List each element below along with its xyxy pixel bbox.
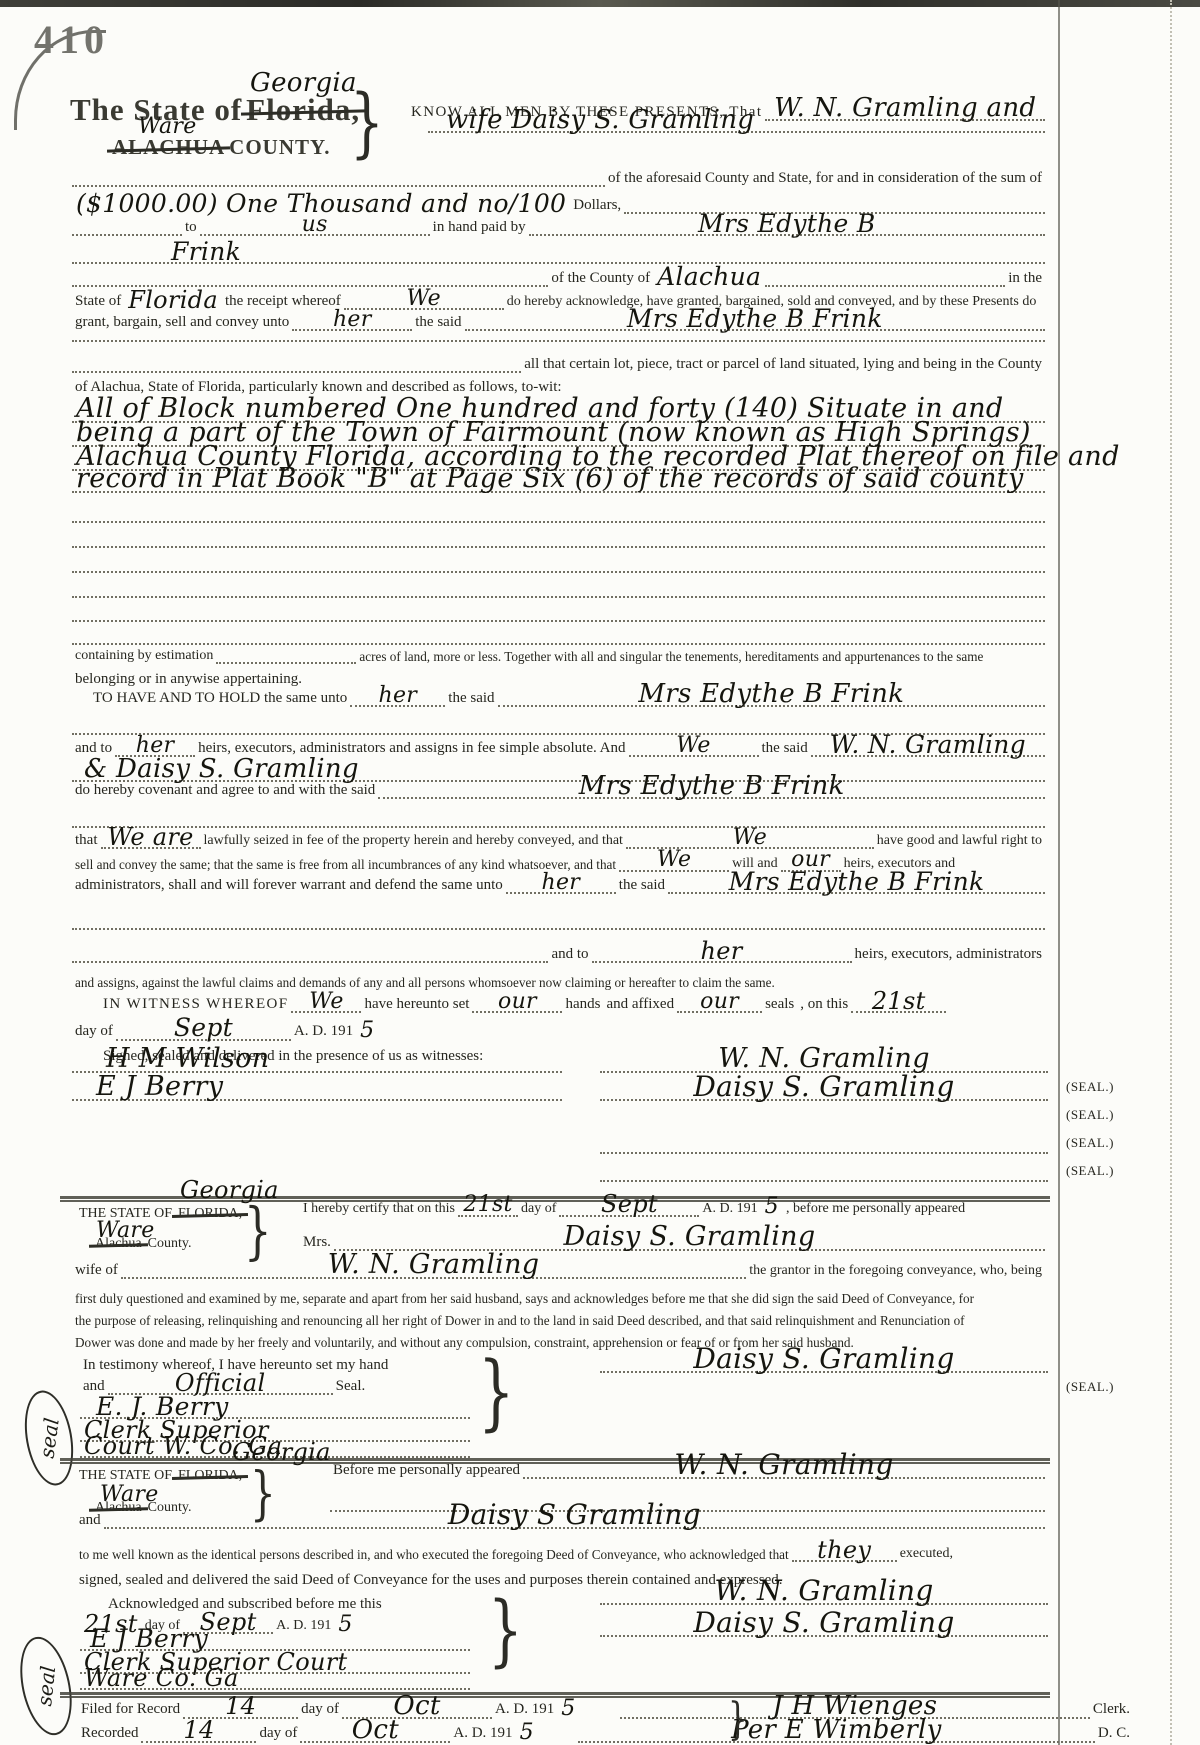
seal-label: (SEAL.) <box>1064 1080 1116 1095</box>
dotted-rule <box>72 233 182 236</box>
dotted-rule <box>765 284 1005 287</box>
seal-label-row: (SEAL.) <box>1064 1136 1116 1151</box>
all-that-text: all that certain lot, piece, tract or pa… <box>521 356 1045 373</box>
dsg-signature: Daisy S. Gramling <box>689 1347 958 1371</box>
to-text: to <box>182 219 200 236</box>
and-text: and <box>76 1512 104 1529</box>
grantor-name-handwritten: W. N. Gramling and <box>770 97 1040 119</box>
in-the-text: in the <box>1005 270 1045 287</box>
header-brace: } <box>350 84 384 160</box>
seal-label: (SEAL.) <box>1064 1380 1116 1395</box>
the-said-text: the said <box>616 877 668 894</box>
dotted-rule <box>216 661 356 664</box>
grantor-signature-row: Daisy S. Gramling <box>600 1098 1048 1101</box>
seal-label-row: (SEAL.) <box>1064 1164 1116 1179</box>
day-of-text: day of <box>518 1201 559 1217</box>
seal-label-row: (SEAL.) <box>1064 1080 1116 1095</box>
her-handwritten: her <box>697 941 747 961</box>
we-handwritten: We <box>653 851 695 870</box>
we-handwritten: We <box>729 829 771 848</box>
aforesaid-line: of the aforesaid County and State, for a… <box>72 170 1045 187</box>
alachua-handwritten: Alachua <box>653 266 765 287</box>
the-said-text: the said <box>759 740 811 757</box>
dotted-rule: Daisy S Gramling <box>104 1526 1045 1529</box>
seized-text: lawfully seized in fee of the property h… <box>201 833 626 849</box>
blank-ruled-line <box>72 340 1045 342</box>
witness-signature-row: E J Berry <box>72 1098 562 1101</box>
assigns-text: and assigns, against the lawful claims a… <box>72 975 778 990</box>
blank-ruled-line <box>72 826 1045 828</box>
belonging-line: belonging or in anywise appertaining. <box>72 671 305 688</box>
well-known-text: to me well known as the identical person… <box>76 1547 792 1562</box>
florida-struck-title: Florida, <box>244 92 362 128</box>
day-14-handwritten: 14 <box>179 1720 218 1740</box>
dotted-rule: her <box>592 960 852 963</box>
belonging-text: belonging or in anywise appertaining. <box>72 671 305 688</box>
the-said-text: the said <box>445 690 497 707</box>
her-handwritten: her <box>329 311 376 330</box>
to-have-line: TO HAVE AND TO HOLD the same unto her th… <box>90 690 1045 707</box>
dotted-rule: Sept <box>116 1038 291 1041</box>
and-to-heirs-line: and to her heirs, executors, administrat… <box>72 946 1045 963</box>
of-county-text: of the County of <box>548 270 653 287</box>
clerk-label: Clerk. <box>1090 1701 1133 1718</box>
seal-word-handwritten: seal <box>34 1416 63 1459</box>
seized-line: that We are lawfully seized in fee of th… <box>72 832 1045 849</box>
certify-text: I hereby certify that on this <box>300 1201 458 1217</box>
our-handwritten: our <box>696 993 743 1012</box>
dotted-rule: 14 <box>141 1740 256 1743</box>
notary-seal-stamp: seal <box>18 1387 80 1490</box>
county-text: County. <box>145 1236 195 1252</box>
grant-convey-line: grant, bargain, sell and convey unto her… <box>72 314 1045 331</box>
dotted-rule: us <box>200 233 430 236</box>
empty-signature-row <box>600 1179 1048 1182</box>
seal-label: (SEAL.) <box>1064 1108 1116 1123</box>
dotted-rule: W. N. Gramling and <box>765 118 1045 121</box>
and-daisy-line: and Daisy S Gramling <box>76 1512 1045 1529</box>
dotted-rule: they <box>792 1559 897 1562</box>
her-handwritten: her <box>374 687 421 706</box>
dower-brace: } <box>244 1200 272 1262</box>
dotted-rule: Mrs Edythe B <box>529 233 1045 236</box>
dotted-rule: We <box>629 754 759 757</box>
clerk-signature: E J Berry <box>86 1628 212 1649</box>
heirs-text: heirs, executors, administrators <box>852 946 1045 963</box>
dotted-rule: Mrs Edythe B Frink <box>465 328 1046 331</box>
dotted-rule: Daisy S. Gramling <box>600 1634 1048 1637</box>
clerk-recording-signature: J H Wienges <box>768 1695 941 1717</box>
blank-ruled-line <box>72 571 1045 573</box>
daisy-amp-handwritten: & Daisy S. Gramling <box>80 758 363 780</box>
dotted-rule: her <box>292 328 412 331</box>
blank-ruled-line <box>72 546 1045 548</box>
blank-ruled-line <box>72 643 1045 645</box>
to-have-text: TO HAVE AND TO HOLD the same unto <box>90 690 350 707</box>
ack-signature-row: Daisy S. Gramling <box>600 1634 1048 1637</box>
dotted-rule: We <box>291 1010 361 1013</box>
wng-signature: W. N. Gramling <box>710 1579 937 1603</box>
dotted-rule: our <box>472 1010 562 1013</box>
uses-purposes-text: signed, sealed and delivered the said De… <box>76 1572 786 1589</box>
wife-of-text: wife of <box>72 1262 121 1279</box>
hands-text: hands <box>562 996 603 1013</box>
state-of-text: State of <box>72 293 124 310</box>
county-correction-handwritten: Ware <box>134 118 201 137</box>
aforesaid-text: of the aforesaid County and State, for a… <box>605 170 1045 187</box>
receipt-line: State of Florida the receipt whereof We … <box>72 290 1045 310</box>
covenant-line: do hereby covenant and agree to and with… <box>72 782 1045 799</box>
our-handwritten: our <box>494 993 541 1012</box>
dotted-rule: her <box>506 891 616 894</box>
year-5-handwritten: 5 <box>557 1700 579 1719</box>
sept-handwritten: Sept <box>597 1194 662 1214</box>
wng-handwritten: W. N. Gramling <box>324 1254 544 1277</box>
containing-line: containing by estimation acres of land, … <box>72 648 1045 664</box>
dotted-rule: Mrs Edythe B Frink <box>668 891 1045 894</box>
oct-handwritten: Oct <box>348 1719 403 1741</box>
subscribed-brace: } <box>488 1592 523 1670</box>
they-handwritten: they <box>813 1540 875 1560</box>
dower-paragraph-2: the purpose of releasing, relinquishing … <box>72 1313 968 1328</box>
day-21-handwritten: 21st <box>868 991 930 1011</box>
on-this-text: , on this <box>797 996 851 1013</box>
that-text: that <box>72 832 101 849</box>
state-correction-handwritten: Georgia <box>246 72 361 94</box>
ware-handwritten: Ware <box>134 118 201 137</box>
sell-convey-text: sell and convey the same; that the same … <box>72 857 619 872</box>
recorded-text: Recorded <box>78 1725 141 1742</box>
blank-ruled-line <box>72 521 1045 523</box>
dsg-signature: Daisy S. Gramling <box>689 1075 958 1099</box>
alachua-struck-text: Alachua <box>92 1236 145 1252</box>
containing-text: containing by estimation <box>72 648 216 664</box>
dotted-rule: W. N. Gramling <box>600 1602 1048 1605</box>
blank-ruled-line <box>72 928 1045 930</box>
administrators-text: administrators, shall and will forever w… <box>72 877 506 894</box>
sept-handwritten: Sept <box>170 1017 237 1038</box>
dotted-rule: W. N. Gramling <box>811 754 1045 757</box>
ack-signature-row: W. N. Gramling <box>600 1602 1048 1605</box>
paid-by-line: to us in hand paid by Mrs Edythe B <box>72 219 1045 236</box>
county-title-line: ALACHUA COUNTY. <box>110 135 333 160</box>
and-affixed-text: and affixed <box>603 996 677 1013</box>
dotted-rule <box>72 184 605 187</box>
well-known-line: to me well known as the identical person… <box>76 1546 1045 1562</box>
dotted-rule: Daisy S. Gramling <box>600 1370 1048 1373</box>
year-5-handwritten: 5 <box>356 1022 378 1041</box>
amount-line: ($1000.00) One Thousand and no/100 Dolla… <box>72 193 1045 214</box>
description-line-4: record in Plat Book "B" at Page Six (6) … <box>72 468 1045 493</box>
grantee-handwritten: Mrs Edythe B Frink <box>634 683 908 705</box>
dotted-rule: 21st <box>851 1010 946 1013</box>
dower-para1-text: first duly questioned and examined by me… <box>72 1291 977 1306</box>
and-to-text: and to <box>548 946 591 963</box>
dotted-rule <box>72 960 548 963</box>
warrant-defend-line: administrators, shall and will forever w… <box>72 877 1045 894</box>
day-of-text: day of <box>256 1725 300 1742</box>
before-appeared-text: Before me personally appeared <box>330 1462 523 1479</box>
we-handwritten: We <box>672 737 714 756</box>
official-handwritten: Official <box>171 1373 270 1393</box>
dower-paragraph-1: first duly questioned and examined by me… <box>72 1291 977 1306</box>
grantor-wife-line: wife Daisy S. Gramling <box>428 130 1045 133</box>
in-witness-line: IN WITNESS WHEREOF We have hereunto set … <box>100 996 1045 1013</box>
before-appeared-line: Before me personally appeared W. N. Gram… <box>330 1462 1045 1479</box>
dower-para2-text: the purpose of releasing, relinquishing … <box>72 1313 968 1328</box>
blank-ruled-line <box>72 620 1045 622</box>
dotted-rule: 21st <box>458 1214 518 1217</box>
grantor-foregoing-text: the grantor in the foregoing conveyance,… <box>746 1263 1045 1279</box>
payee-surname-line: Frink <box>72 241 1045 264</box>
notary-brace: } <box>478 1352 515 1434</box>
deputy-recording-signature: Per E Wimberly <box>727 1719 946 1741</box>
georgia-handwritten: Georgia <box>228 1442 335 1462</box>
dotted-rule: Sept <box>559 1214 699 1217</box>
year-5-handwritten: 5 <box>516 1724 538 1743</box>
seal-label-row: (SEAL.) <box>1064 1108 1116 1123</box>
state-correction-handwritten: Georgia <box>228 1442 335 1462</box>
seal-label: (SEAL.) <box>1064 1136 1116 1151</box>
assigns-line: and assigns, against the lawful claims a… <box>72 975 778 990</box>
grantee-handwritten: Mrs Edythe B Frink <box>725 871 989 892</box>
dsg-signature: Daisy S. Gramling <box>689 1611 958 1635</box>
acres-text: acres of land, more or less. Together wi… <box>356 649 986 664</box>
day-14-handwritten: 14 <box>221 1696 260 1716</box>
filed-for-record-line: Filed for Record 14 day of Oct A. D. 191… <box>78 1700 1133 1719</box>
dotted-rule: We are <box>101 846 201 849</box>
dotted-rule: wife Daisy S. Gramling <box>428 130 1045 133</box>
covenant-text: do hereby covenant and agree to and with… <box>72 782 378 799</box>
footer-brace: } <box>728 1698 748 1742</box>
grantee-handwritten: Mrs Edythe B Frink <box>575 775 849 797</box>
notary-signature: E. J. Berry <box>92 1396 233 1417</box>
dower-county-line: Alachua County. <box>92 1236 194 1252</box>
date-line: day of Sept A. D. 191 5 <box>72 1022 472 1041</box>
florida-struck-text: FLORIDA, <box>175 1206 245 1222</box>
witness2-signature: E J Berry <box>92 1076 227 1099</box>
in-witness-text: IN WITNESS WHEREOF <box>100 996 291 1013</box>
we-are-handwritten: We are <box>103 827 197 847</box>
we-handwritten: We <box>305 993 347 1012</box>
ad-191-text: A. D. 191 <box>699 1201 760 1217</box>
ad-191-text: A. D. 191 <box>492 1701 557 1718</box>
grantor-handwritten: W. N. Gramling <box>826 734 1030 755</box>
set-text: have hereunto set <box>361 996 472 1013</box>
dotted-rule: Mrs Edythe B Frink <box>498 704 1045 707</box>
county-title: COUNTY. <box>227 135 332 160</box>
dotted-rule <box>72 370 521 373</box>
dotted-rule: Oct <box>300 1740 450 1743</box>
dotted-rule: Daisy S. Gramling <box>600 1098 1048 1101</box>
scan-top-edge-artifact <box>0 0 1200 7</box>
ack-clerk-title-2: Ware Co. Ga <box>80 1668 470 1690</box>
certify-line: I hereby certify that on this 21st day o… <box>300 1198 1045 1217</box>
alachua-struck-title: ALACHUA <box>110 135 227 160</box>
ad-191-text: A. D. 191 <box>450 1725 515 1742</box>
notary-seal-stamp: seal <box>12 1632 80 1740</box>
day-of-text: day of <box>298 1701 342 1718</box>
dsg-handwritten: Daisy S Gramling <box>444 1503 705 1527</box>
witness1-signature: H M Wilson <box>102 1048 273 1071</box>
payee-handwritten: Mrs Edythe B <box>694 213 880 234</box>
all-that-line: all that certain lot, piece, tract or pa… <box>72 356 1045 373</box>
georgia-handwritten: Georgia <box>246 72 361 94</box>
year-5-handwritten: 5 <box>761 1198 783 1217</box>
wng-handwritten: W. N. Gramling <box>670 1453 897 1477</box>
in-hand-paid-text: in hand paid by <box>430 219 529 236</box>
dotted-rule: our <box>677 1010 762 1013</box>
dotted-rule: her <box>350 704 445 707</box>
uses-purposes-line: signed, sealed and delivered the said De… <box>76 1572 786 1589</box>
seal-word-text: Seal. <box>333 1378 369 1395</box>
dotted-rule: W. N. Gramling <box>121 1276 746 1279</box>
grantor-wife-handwritten: wife Daisy S. Gramling <box>442 109 758 131</box>
dollars-text: Dollars, <box>570 197 624 214</box>
blank-ruled-line <box>72 596 1045 598</box>
seal-word-handwritten: seal <box>32 1665 60 1708</box>
dotted-rule <box>600 1179 1048 1182</box>
deed-record-page: 410 Georgia The State of Florida, Ware A… <box>0 0 1200 1745</box>
good-right-text: have good and lawful right to <box>874 833 1045 849</box>
dower-signature-row: Daisy S. Gramling <box>600 1370 1048 1373</box>
wng-signature: W. N. Gramling <box>714 1048 934 1071</box>
before-appeared-text: , before me personally appeared <box>783 1201 968 1217</box>
ware-co-ga-handwritten: Ware Co. Ga <box>80 1668 243 1688</box>
grantor-wife-amp-line: & Daisy S. Gramling <box>72 758 1045 782</box>
florida-handwritten: Florida <box>124 290 222 310</box>
description-handwritten-4: record in Plat Book "B" at Page Six (6) … <box>72 468 1028 491</box>
oct-handwritten: Oct <box>389 1695 444 1717</box>
frink-handwritten: Frink <box>167 241 245 262</box>
state-title-line: The State of Florida, <box>68 92 362 128</box>
recorded-line: Recorded 14 day of Oct A. D. 191 5 Per E… <box>78 1724 1133 1743</box>
page-number: 410 <box>34 16 109 63</box>
wife-of-line: wife of W. N. Gramling the grantor in th… <box>72 1262 1045 1279</box>
seals-text: seals <box>762 996 797 1013</box>
we-handwritten: We <box>403 290 445 309</box>
dsg-handwritten: Daisy S. Gramling <box>559 1226 819 1249</box>
deputy-clerk-label: D. C. <box>1095 1725 1133 1742</box>
dotted-rule: W. N. Gramling <box>523 1476 1045 1479</box>
dotted-rule: Per E Wimberly <box>578 1740 1095 1743</box>
us-handwritten: us <box>298 216 332 235</box>
grantee-handwritten: Mrs Edythe B Frink <box>623 308 887 329</box>
seal-label-row: (SEAL.) <box>1064 1380 1116 1395</box>
grant-text: grant, bargain, sell and convey unto <box>72 314 292 331</box>
florida-struck-text: FLORIDA, <box>175 1468 245 1484</box>
ledger-margin-rule <box>1058 0 1060 1745</box>
ad-191-text: A. D. 191 <box>291 1023 356 1040</box>
receipt-whereof-text: the receipt whereof <box>222 293 344 310</box>
her-handwritten: her <box>132 737 179 756</box>
day-21-handwritten: 21st <box>459 1196 516 1215</box>
executed-text: executed, <box>897 1546 956 1562</box>
empty-signature-row <box>600 1151 1048 1154</box>
the-said-text: the said <box>412 314 464 331</box>
page-edge-line <box>1170 0 1172 1745</box>
day-of-text: day of <box>72 1023 116 1040</box>
dotted-rule <box>600 1151 1048 1154</box>
dotted-rule: Mrs Edythe B Frink <box>378 796 1045 799</box>
her-handwritten: her <box>537 874 584 893</box>
dotted-rule: E J Berry <box>72 1098 562 1101</box>
seal-label: (SEAL.) <box>1064 1164 1116 1179</box>
county-of-line: of the County of Alachua in the <box>72 266 1045 287</box>
filed-text: Filed for Record <box>78 1701 183 1718</box>
dotted-rule: We <box>619 869 729 872</box>
